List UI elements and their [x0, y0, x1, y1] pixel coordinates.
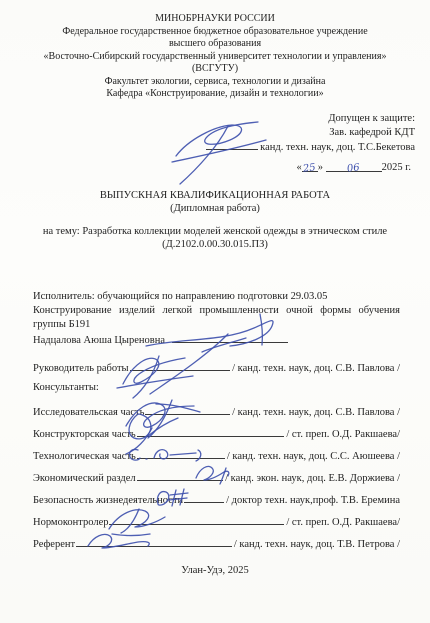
university-name: «Восточно-Сибирский государственный унив…	[0, 51, 430, 64]
row-attribution: / канд. техн. наук, доц. С.В. Павлова /	[232, 407, 400, 418]
institution-line-1: Федеральное государственное бюджетное об…	[0, 26, 430, 39]
row-research: Исследовательская часть / канд. техн. на…	[33, 404, 400, 416]
row-supervisor: Руководитель работы / канд. техн. наук, …	[33, 360, 400, 372]
row-construction: Конструкторская часть / ст. преп. О.Д. Р…	[33, 426, 400, 438]
executor-line-1: Исполнитель: обучающийся по направлению …	[33, 290, 400, 304]
institution-line-2: высшего образования	[0, 38, 430, 51]
row-norm-control: Нормоконтролер / ст. преп. О.Д. Ракшаева…	[33, 514, 400, 526]
row-attribution: / канд. техн. наук, доц. С.В. Павлова /	[232, 363, 400, 374]
city-year: Улан-Удэ, 2025	[0, 565, 430, 576]
signature-line	[109, 514, 284, 525]
university-abbr: (ВСГУТУ)	[0, 63, 430, 76]
faculty-line: Факультет экологии, сервиса, технологии …	[0, 76, 430, 89]
work-topic-block: на тему: Разработка коллекции моделей же…	[0, 225, 430, 251]
work-subtitle: (Дипломная работа)	[0, 202, 430, 215]
document-page: МИНОБРНАУКИ РОССИИ Федеральное государст…	[0, 0, 430, 623]
row-attribution: / ст. преп. О.Д. Ракшаева/	[286, 429, 400, 440]
approval-title: Допущен к защите:	[165, 112, 415, 126]
signature-line	[130, 360, 231, 371]
signature-line	[76, 536, 232, 547]
work-topic: на тему: Разработка коллекции моделей же…	[0, 225, 430, 238]
quote-close: »	[318, 162, 323, 173]
university-header: МИНОБРНАУКИ РОССИИ Федеральное государст…	[0, 13, 430, 101]
handwritten-month: 06	[346, 161, 360, 176]
signature-line	[137, 470, 224, 481]
approval-position: Зав. кафедрой КДТ	[165, 126, 415, 140]
row-label: Безопасность жизнедеятельности	[33, 495, 183, 506]
work-title: ВЫПУСКНАЯ КВАЛИФИКАЦИОННАЯ РАБОТА	[0, 189, 430, 202]
approval-signatory-row: канд. техн. наук, доц. Т.С.Бекетова	[165, 139, 415, 155]
row-label: Экономический раздел	[33, 473, 136, 484]
row-attribution: / канд. техн. наук, доц. Т.В. Петрова /	[234, 539, 400, 550]
signature-line	[137, 426, 285, 437]
row-label: Руководитель работы	[33, 363, 129, 374]
department-line: Кафедра «Конструирование, дизайн и техно…	[0, 88, 430, 101]
row-label: Референт	[33, 539, 75, 550]
signatures-section: Руководитель работы / канд. техн. наук, …	[33, 358, 400, 548]
signature-line	[137, 448, 225, 459]
row-referent: Референт / канд. техн. наук, доц. Т.В. П…	[33, 536, 400, 548]
work-code: (Д.2102.0.00.30.015.ПЗ)	[0, 238, 430, 251]
signature-line	[145, 404, 230, 415]
consultants-heading: Консультанты:	[33, 382, 400, 394]
row-attribution: / канд. экон. наук, доц. Е.В. Доржиева /	[225, 473, 400, 484]
approval-signatory: канд. техн. наук, доц. Т.С.Бекетова	[260, 142, 415, 153]
signature-line	[206, 139, 258, 150]
date-year: 2025 г.	[382, 162, 411, 173]
approval-block: Допущен к защите: Зав. кафедрой КДТ канд…	[165, 112, 415, 174]
approval-date: «25» 062025 г.	[165, 161, 415, 175]
date-month-line: 06	[326, 161, 382, 172]
row-label: Нормоконтролер	[33, 517, 108, 528]
row-life-safety: Безопасность жизнедеятельности / доктор …	[33, 492, 400, 504]
row-economics: Экономический раздел / канд. экон. наук,…	[33, 470, 400, 482]
signature-line	[172, 332, 288, 343]
executor-name: Надцалова Аюша Цыреновна	[33, 335, 165, 346]
signature-line	[184, 492, 224, 503]
row-attribution: / канд. техн. наук, доц. С.С. Аюшеева /	[227, 451, 400, 462]
handwritten-day: 25	[303, 161, 317, 176]
row-label: Конструкторская часть	[33, 429, 136, 440]
row-attribution: / доктор техн. наук,проф. Т.В. Еремина	[226, 495, 400, 506]
executor-group: группы Б191	[33, 318, 400, 332]
executor-name-row: Надцалова Аюша Цыреновна	[33, 332, 400, 348]
date-day-line: 25	[302, 161, 318, 172]
row-technology: Технологическая часть / канд. техн. наук…	[33, 448, 400, 460]
row-label: Технологическая часть	[33, 451, 136, 462]
row-label: Исследовательская часть	[33, 407, 144, 418]
row-attribution: / ст. преп. О.Д. Ракшаева/	[286, 517, 400, 528]
executor-line-2: Конструирование изделий легкой промышлен…	[33, 304, 400, 318]
ministry-line: МИНОБРНАУКИ РОССИИ	[0, 13, 430, 26]
work-title-block: ВЫПУСКНАЯ КВАЛИФИКАЦИОННАЯ РАБОТА (Дипло…	[0, 189, 430, 215]
executor-block: Исполнитель: обучающийся по направлению …	[33, 290, 400, 348]
